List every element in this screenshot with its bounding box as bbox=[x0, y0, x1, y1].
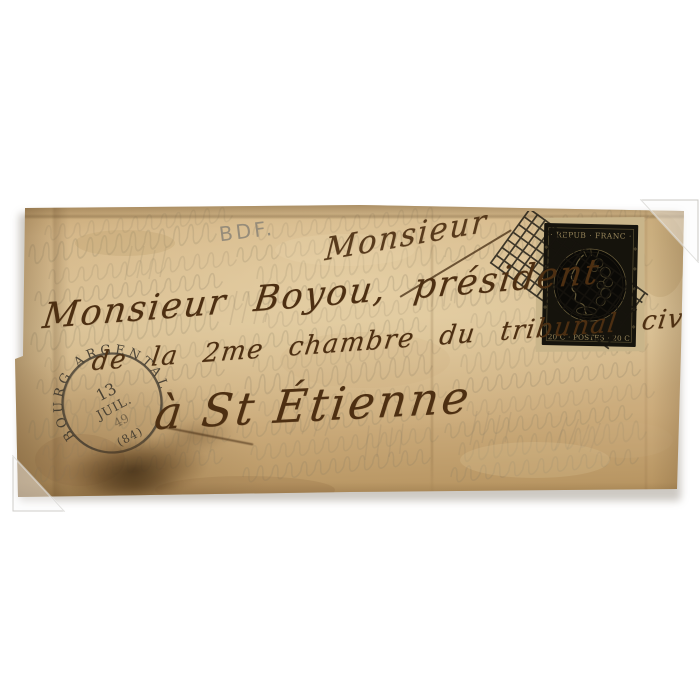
stamp-top-inscription: · REPUB · FRANC · bbox=[550, 230, 632, 241]
folded-letter-cover: BOURG ARGENTAL 13 JUIL. 49 (84) · REPUB … bbox=[15, 205, 685, 500]
photo-scene: BOURG ARGENTAL 13 JUIL. 49 (84) · REPUB … bbox=[0, 0, 700, 700]
